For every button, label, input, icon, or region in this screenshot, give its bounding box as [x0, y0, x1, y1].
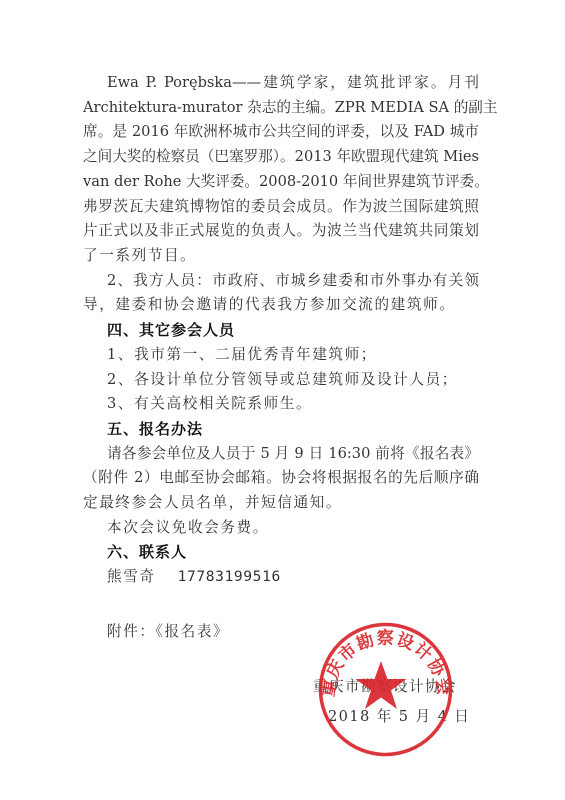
contact-line: 熊雪奇17783199516 [107, 566, 281, 588]
bio-line-6: 弗罗茨瓦夫建筑博物馆的委员会成员。作为波兰国际建筑照 [83, 196, 479, 218]
bio-line-5: van der Rohe 大奖评委。2008-2010 年间世界建筑节评委。 [83, 171, 479, 193]
our-staff-line-2: 导，建委和协会邀请的代表我方参加交流的建筑师。 [83, 294, 455, 316]
bio-line-1: Ewa P. Porębska——建筑学家，建筑批评家。月刊 [107, 72, 479, 94]
section-4-item-3: 3、有关高校相关院系师生。 [107, 393, 312, 415]
section-6-heading: 六、联系人 [107, 541, 187, 563]
fee-note: 本次会议免收会务费。 [107, 517, 269, 539]
registration-line-2: （附件 2）电邮至协会邮箱。协会将根据报名的先后顺序确 [83, 467, 479, 489]
section-5-heading: 五、报名办法 [107, 418, 203, 440]
section-4-item-2: 2、各设计单位分管领导或总建筑师及设计人员； [107, 369, 458, 391]
contact-name: 熊雪奇 [107, 568, 156, 585]
bio-line-4: 之间大奖的检察员（巴塞罗那）。2013 年欧盟现代建筑 Mies [83, 146, 479, 168]
star-icon [356, 661, 407, 709]
contact-phone: 17783199516 [178, 568, 281, 585]
bio-line-7: 片正式以及非正式展览的负责人。为波兰当代建筑共同策划 [83, 220, 479, 242]
document-page: Ewa P. Porębska——建筑学家，建筑批评家。月刊 Architekt… [0, 0, 565, 800]
attachment-note: 附件：《报名表》 [107, 621, 229, 643]
registration-line-1: 请各参会单位及人员于 5 月 9 日 16:30 前将《报名表》 [107, 443, 479, 465]
bio-line-3: 席。是 2016 年欧洲杯城市公共空间的评委，以及 FAD 城市 [83, 121, 479, 143]
official-seal-stamp: 重庆市勘察设计协会 [317, 621, 454, 758]
section-4-heading: 四、其它参会人员 [107, 319, 235, 341]
bio-line-8: 了一系列节目。 [83, 245, 196, 267]
registration-line-3: 定最终参会人员名单，并短信通知。 [83, 492, 342, 514]
section-4-item-1: 1、我市第一、二届优秀青年建筑师； [107, 344, 377, 366]
our-staff-line-1: 2、我方人员：市政府、市城乡建委和市外事办有关领 [107, 270, 479, 292]
bio-line-2: Architektura-murator 杂志的主编。ZPR MEDIA SA … [83, 97, 479, 119]
